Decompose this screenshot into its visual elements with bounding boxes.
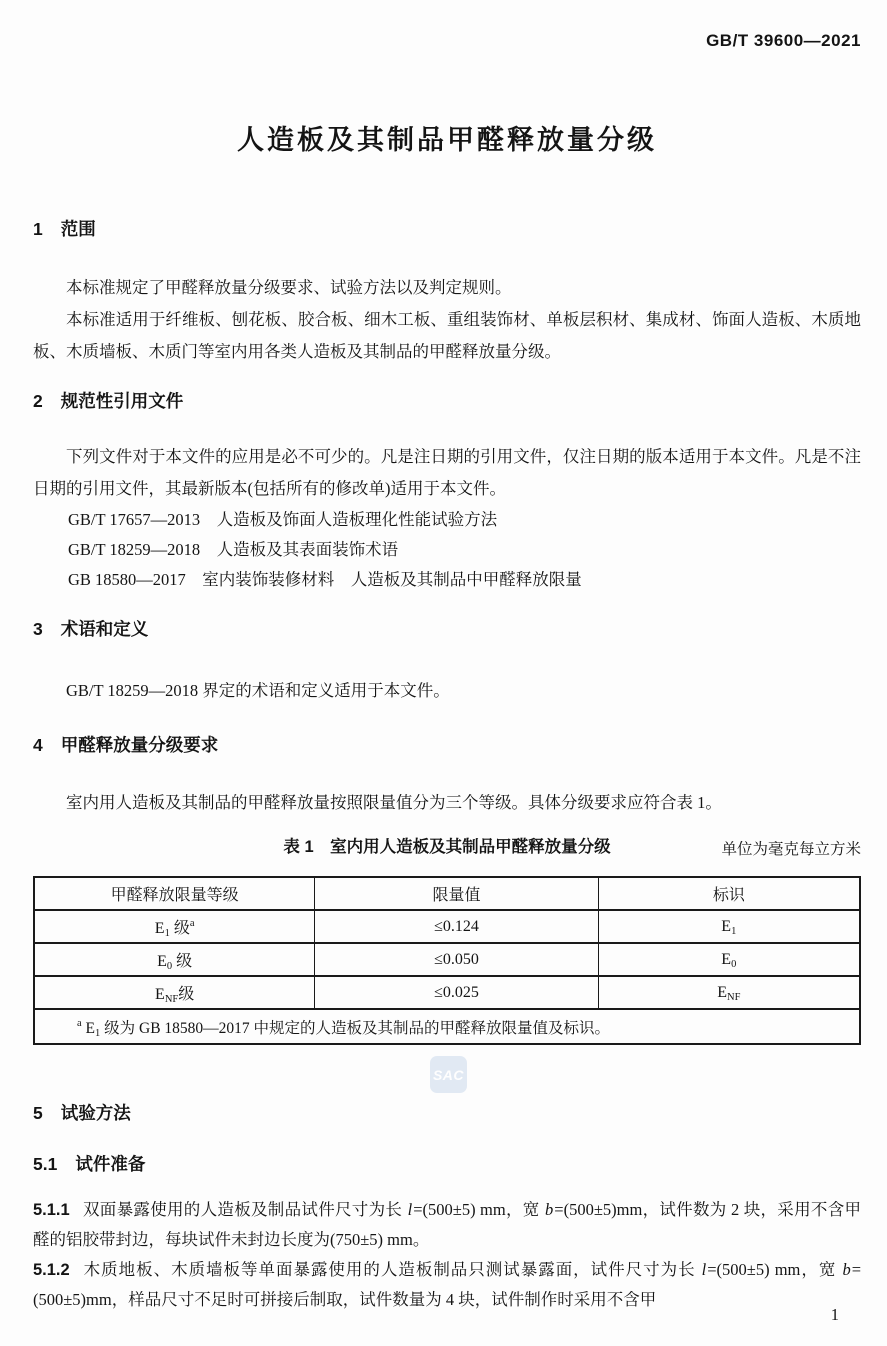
mark-text: E [721,918,731,935]
section-2-heading: 2规范性引用文件 [33,389,861,413]
clause-5-1-1: 5.1.1双面暴露使用的人造板及制品试件尺寸为长 l=(500±5) mm，宽 … [33,1195,861,1255]
section-2-paragraph-1: 下列文件对于本文件的应用是必不可少的。凡是注日期的引用文件，仅注日期的版本适用于… [33,441,861,505]
mark-cell: E1 [598,910,860,943]
section-4-title: 甲醛释放量分级要求 [61,735,219,755]
column-header-limit: 限量值 [315,877,598,910]
grade-text: E [157,953,167,970]
table-1-caption: 表 1 室内用人造板及其制品甲醛释放量分级 [283,838,610,856]
mark-text: E [717,984,727,1001]
clause-5-1-1-number: 5.1.1 [33,1195,70,1225]
sac-watermark-text: SAC [433,1067,464,1083]
reference-item: GB 18580—2017 室内装饰装修材料 人造板及其制品中甲醛释放限量 [68,565,861,595]
table-row-e0: E0 级 ≤0.050 E0 [34,943,860,976]
grade-cell: ENF级 [34,976,315,1009]
table-1: 甲醛释放限量等级 限量值 标识 E1 级a ≤0.124 E1 E0 级 ≤0.… [33,876,861,1045]
section-3-number: 3 [33,617,43,641]
mark-subscript: NF [727,992,740,1003]
section-4-number: 4 [33,733,43,757]
table-row-e1: E1 级a ≤0.124 E1 [34,910,860,943]
clause-5-1-2-text: =(500±5) mm，宽 [707,1260,841,1279]
limit-cell: ≤0.050 [315,943,598,976]
section-5-title: 试验方法 [61,1103,131,1123]
grade-label: 级 [170,920,190,937]
section-1-heading: 1范围 [33,217,861,241]
column-header-mark: 标识 [598,877,860,910]
section-4-heading: 4甲醛释放量分级要求 [33,733,861,757]
clause-5-1-2-text: 木质地板、木质墙板等单面暴露使用的人造板制品只测试暴露面，试件尺寸为长 [83,1260,701,1279]
clause-5-1-2: 5.1.2木质地板、木质墙板等单面暴露使用的人造板制品只测试暴露面，试件尺寸为长… [33,1255,861,1315]
sac-watermark-logo: SAC [430,1056,467,1093]
grade-text: E [155,986,165,1003]
page-number: 1 [831,1305,839,1325]
reference-item: GB/T 17657—2013 人造板及饰面人造板理化性能试验方法 [68,505,861,535]
clause-5-1-1-text: 双面暴露使用的人造板及制品试件尺寸为长 [83,1200,407,1219]
page-content: GB/T 39600—2021 人造板及其制品甲醛释放量分级 1范围 本标准规定… [33,0,861,1315]
table-footnote: a E1 级为 GB 18580—2017 中规定的人造板及其制品的甲醛释放限量… [34,1009,860,1044]
mark-text: E [721,951,731,968]
mark-cell: E0 [598,943,860,976]
section-4-paragraph-1: 室内用人造板及其制品的甲醛释放量按照限量值分为三个等级。具体分级要求应符合表 1… [33,787,861,819]
standard-document-page: GB/T 39600—2021 人造板及其制品甲醛释放量分级 1范围 本标准规定… [0,0,887,1346]
grade-cell: E1 级a [34,910,315,943]
grade-cell: E0 级 [34,943,315,976]
section-2-number: 2 [33,389,43,413]
limit-cell: ≤0.025 [315,976,598,1009]
clause-5-1-title: 试件准备 [75,1154,145,1174]
section-1-title: 范围 [61,219,96,239]
mark-subscript: 0 [731,959,736,970]
clause-5-1-1-text: =(500±5) mm，宽 [413,1200,544,1219]
clause-5-1-heading: 5.1试件准备 [33,1152,861,1176]
column-header-grade: 甲醛释放限量等级 [34,877,315,910]
grade-text: E [155,920,165,937]
table-footnote-row: a E1 级为 GB 18580—2017 中规定的人造板及其制品的甲醛释放限量… [34,1009,860,1044]
limit-cell: ≤0.124 [315,910,598,943]
variable-b: b [841,1260,851,1279]
section-3-title: 术语和定义 [61,619,149,639]
page-title: 人造板及其制品甲醛释放量分级 [33,123,861,157]
clause-5-1-2-number: 5.1.2 [33,1255,70,1285]
table-1-caption-row: 表 1 室内用人造板及其制品甲醛释放量分级 单位为毫克每立方米 [33,835,861,859]
grade-subscript: NF [165,994,178,1005]
section-5-heading: 5试验方法 [33,1101,861,1125]
footnote-grade-text: E [82,1020,95,1037]
mark-cell: ENF [598,976,860,1009]
mark-subscript: 1 [731,926,736,937]
grade-label: 级 [172,953,192,970]
variable-b: b [544,1200,554,1219]
footnote-text: 级为 GB 18580—2017 中规定的人造板及其制品的甲醛释放限量值及标识。 [100,1020,610,1037]
section-2-title: 规范性引用文件 [61,391,184,411]
table-header-row: 甲醛释放限量等级 限量值 标识 [34,877,860,910]
grade-footnote-marker: a [190,918,195,929]
section-1-number: 1 [33,217,43,241]
reference-item: GB/T 18259—2018 人造板及其表面装饰术语 [68,535,861,565]
table-1-unit-label: 单位为毫克每立方米 [721,837,861,859]
reference-list: GB/T 17657—2013 人造板及饰面人造板理化性能试验方法 GB/T 1… [33,505,861,595]
section-3-paragraph-1: GB/T 18259—2018 界定的术语和定义适用于本文件。 [33,675,861,707]
section-1-paragraph-1: 本标准规定了甲醛释放量分级要求、试验方法以及判定规则。 [33,272,861,304]
clause-5-1-number: 5.1 [33,1152,57,1176]
table-row-enf: ENF级 ≤0.025 ENF [34,976,860,1009]
grade-label: 级 [178,986,194,1003]
section-1-paragraph-2: 本标准适用于纤维板、刨花板、胶合板、细木工板、重组装饰材、单板层积材、集成材、饰… [33,304,861,368]
doc-code: GB/T 39600—2021 [33,0,861,51]
section-5-number: 5 [33,1101,43,1125]
section-3-heading: 3术语和定义 [33,617,861,641]
